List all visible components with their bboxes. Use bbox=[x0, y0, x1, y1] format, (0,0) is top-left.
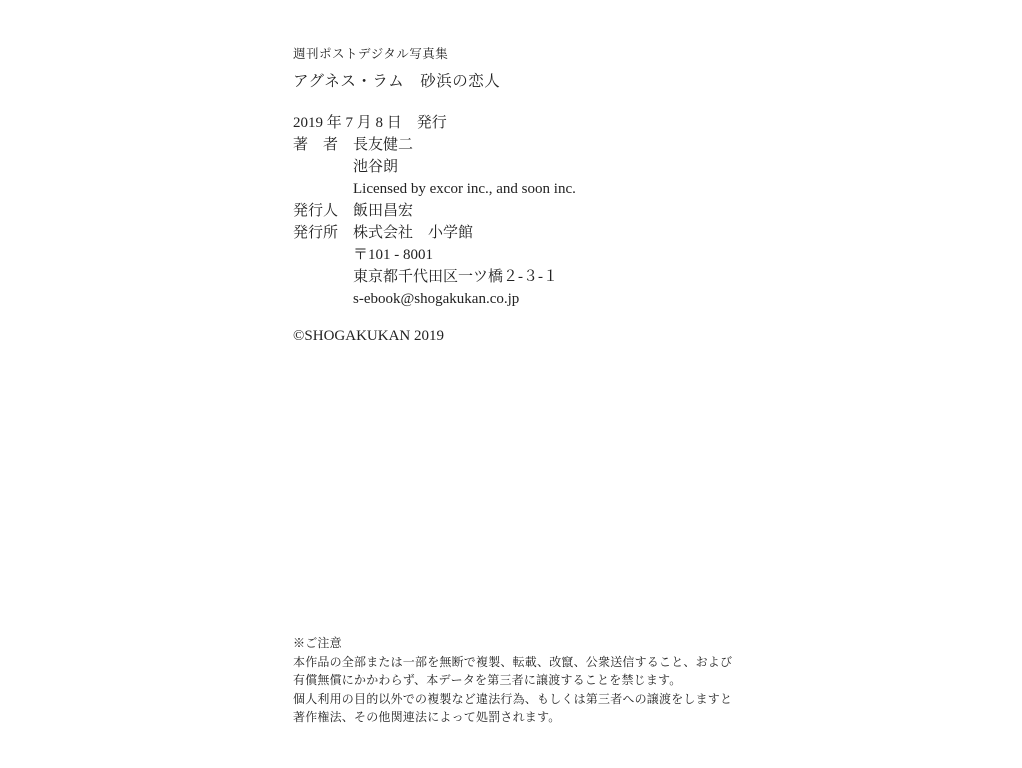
series-title: 週刊ポストデジタル写真集 bbox=[293, 44, 576, 62]
colophon-page: 週刊ポストデジタル写真集 アグネス・ラム 砂浜の恋人 2019 年 7 月 8 … bbox=[0, 0, 1022, 768]
notice-block: ※ご注意 本作品の全部または一部を無断で複製、転載、改竄、公衆送信すること、およ… bbox=[293, 634, 732, 727]
notice-heading: ※ご注意 bbox=[293, 634, 732, 653]
publication-date-row: 2019 年 7 月 8 日 発行 bbox=[293, 112, 576, 134]
credit-value: 東京都千代田区一ツ橋２‐３‐１ bbox=[353, 266, 558, 288]
credit-value: 池谷朗 bbox=[353, 156, 398, 178]
notice-line: 個人利用の目的以外での複製など違法行為、もしくは第三者への譲渡をしますと bbox=[293, 690, 732, 709]
credit-value: 飯田昌宏 bbox=[353, 200, 413, 222]
colophon-block: 週刊ポストデジタル写真集 アグネス・ラム 砂浜の恋人 2019 年 7 月 8 … bbox=[293, 44, 576, 345]
credit-value: s-ebook@shogakukan.co.jp bbox=[353, 288, 519, 310]
publication-info: 2019 年 7 月 8 日 発行 著 者 長友健二 池谷朗 Licensed … bbox=[293, 112, 576, 310]
credit-row-publisher-person: 発行人 飯田昌宏 bbox=[293, 200, 576, 222]
credit-value: 株式会社 小学館 bbox=[353, 222, 473, 244]
notice-line: 有償無償にかかわらず、本データを第三者に譲渡することを禁じます。 bbox=[293, 671, 732, 690]
credit-label bbox=[293, 244, 338, 266]
credit-label: 著 者 bbox=[293, 134, 338, 156]
credit-row-author: 著 者 長友健二 bbox=[293, 134, 576, 156]
credit-label: 発行人 bbox=[293, 200, 338, 222]
credit-label bbox=[293, 156, 338, 178]
credit-value: 〒101 - 8001 bbox=[353, 244, 433, 266]
notice-line: 本作品の全部または一部を無断で複製、転載、改竄、公衆送信すること、および bbox=[293, 653, 732, 672]
credit-row-author2: 池谷朗 bbox=[293, 156, 576, 178]
credit-row-address: 東京都千代田区一ツ橋２‐３‐１ bbox=[293, 266, 576, 288]
credit-row-license: Licensed by excor inc., and soon inc. bbox=[293, 178, 576, 200]
credit-row-postal-code: 〒101 - 8001 bbox=[293, 244, 576, 266]
credit-label: 発行所 bbox=[293, 222, 338, 244]
credit-label bbox=[293, 288, 338, 310]
copyright-line: ©SHOGAKUKAN 2019 bbox=[293, 328, 576, 345]
credit-value: Licensed by excor inc., and soon inc. bbox=[353, 178, 576, 200]
credit-label bbox=[293, 266, 338, 288]
credit-row-email: s-ebook@shogakukan.co.jp bbox=[293, 288, 576, 310]
credit-label bbox=[293, 178, 338, 200]
notice-line: 著作権法、その他関連法によって処罰されます。 bbox=[293, 708, 732, 727]
book-title: アグネス・ラム 砂浜の恋人 bbox=[293, 69, 576, 91]
credit-row-publisher-company: 発行所 株式会社 小学館 bbox=[293, 222, 576, 244]
publication-date: 2019 年 7 月 8 日 発行 bbox=[293, 112, 447, 134]
credit-value: 長友健二 bbox=[353, 134, 413, 156]
